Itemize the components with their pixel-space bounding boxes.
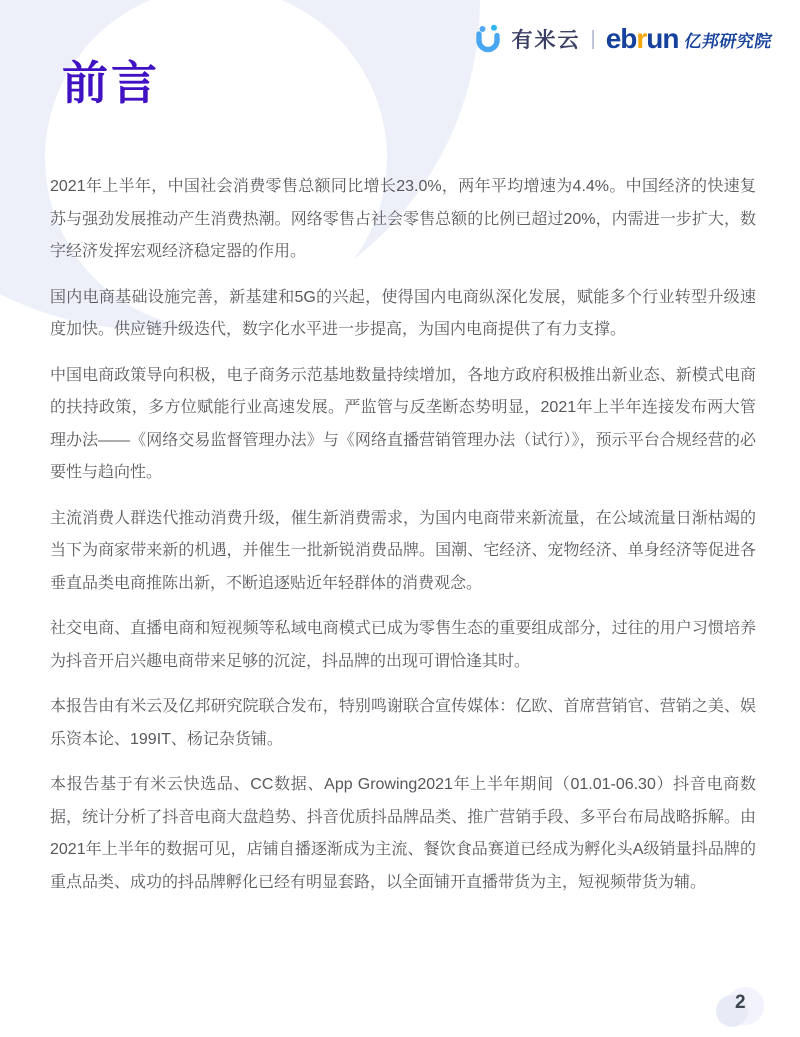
paragraph-5: 社交电商、直播电商和短视频等私域电商模式已成为零售生态的重要组成部分，过往的用户… bbox=[50, 613, 756, 678]
preface-content: 2021年上半年，中国社会消费零售总额同比增长23.0%，两年平均增速为4.4%… bbox=[50, 171, 756, 912]
page-number-badge: 2 bbox=[710, 985, 770, 1031]
brand-ebrun-institute-label: 亿邦研究院 bbox=[682, 27, 774, 52]
brand-ebrun-logo: ebrun bbox=[606, 25, 679, 53]
paragraph-4: 主流消费人群迭代推动消费升级，催生新消费需求，为国内电商带来新流量，在公域流量日… bbox=[50, 503, 756, 601]
paragraph-6: 本报告由有米云及亿邦研究院联合发布，特别鸣谢联合宣传媒体：亿欧、首席营销官、营销… bbox=[50, 691, 756, 756]
page-title: 前言 bbox=[62, 56, 160, 111]
paragraph-7: 本报告基于有米云快选品、CC数据、App Growing2021年上半年期间（0… bbox=[50, 769, 756, 899]
youmi-cloud-logo-icon bbox=[473, 23, 503, 55]
ebrun-eb: eb bbox=[606, 23, 637, 54]
paragraph-1: 2021年上半年，中国社会消费零售总额同比增长23.0%，两年平均增速为4.4%… bbox=[50, 171, 756, 269]
page-number: 2 bbox=[735, 992, 746, 1014]
paragraph-3: 中国电商政策导向积极，电子商务示范基地数量持续增加，各地方政府积极推出新业态、新… bbox=[50, 360, 756, 490]
brand-youmiyun-label: 有米云 bbox=[511, 24, 580, 54]
paragraph-2: 国内电商基础设施完善，新基建和5G的兴起，使得国内电商纵深化发展，赋能多个行业转… bbox=[50, 282, 756, 347]
ebrun-un: un bbox=[646, 23, 678, 54]
ebrun-r: r bbox=[636, 23, 646, 54]
header: 有米云 | ebrun 亿邦研究院 bbox=[473, 20, 772, 58]
brand-separator: | bbox=[590, 28, 595, 51]
document-page: 有米云 | ebrun 亿邦研究院 前言 2021年上半年，中国社会消费零售总额… bbox=[0, 0, 800, 1037]
